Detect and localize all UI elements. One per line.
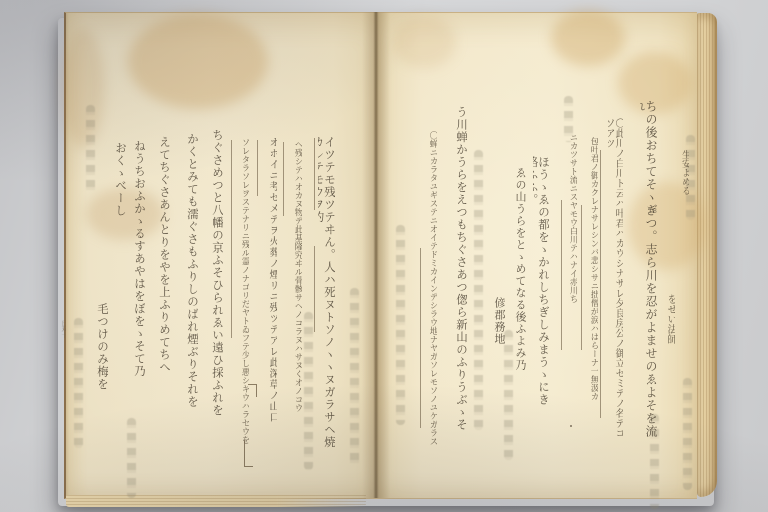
manuscript-column: えてちぐさあんとりをやを上ふりめてちへ (154, 136, 170, 486)
manuscript-column: おくゝべーし (110, 142, 126, 242)
manuscript-photo: 生安よめる をせい法師 18 ちの後おちてそヽぎつ。志ら川を忍がよませのゑよそを… (0, 0, 768, 512)
manuscript-column: オホイニ考セメテヲ火葬ノ煙リニ残ツテアレ此深草ノ山口 (262, 137, 277, 467)
emphasis-line (561, 200, 562, 350)
bottom-page-stack (66, 495, 366, 507)
manuscript-column: ちぐさめつと八幡の京ふそひられゑい遠ひ採ふれを (207, 129, 223, 481)
emphasis-line (231, 140, 232, 338)
manuscript-column: 〇此川ノ白川ト云ハ叶君ハカウシナサレ夕良房公ノ御立セミテノ名デコソアツ (608, 118, 623, 446)
manuscript-column: ソレタラソレヲステナリニ残ル霊ノナゴリだヤトゐフテ少し悪シキウハラセウを (236, 138, 249, 468)
bleedthrough-column (683, 378, 692, 490)
manuscript-column: ねうちおふかゝるすあやはをぼをゝそて乃 (129, 140, 145, 472)
folio-mark: 日双十 (58, 320, 66, 356)
manuscript-column: イツテモ残ツテヰん。人ハ死ヌトソノヽヽヌガラサヘ焼カレテモウヲ約 (318, 136, 335, 458)
bleedthrough-column (474, 150, 483, 430)
emphasis-line (257, 140, 258, 196)
stain (128, 14, 268, 109)
manuscript-column: 〇蝉ニカラタユギステニオイテドミカインデシラウ地ナヤガソレモソノユケガラス (424, 131, 437, 503)
emphasis-line (314, 246, 315, 332)
stain (62, 28, 104, 148)
binding-gutter (362, 12, 390, 498)
manuscript-column: ちの後おちてそヽぎつ。志ら川を忍がよませのゑよそを流れ (640, 100, 657, 440)
section-header-column: 生安よめる (672, 150, 689, 228)
emphasis-line (283, 142, 284, 216)
manuscript-column: ニカツサト流ニスヤモウ白川テハナイ赤川ち (565, 133, 577, 343)
author-name-column: をせい法師 (660, 294, 675, 386)
bleedthrough-column (74, 318, 83, 448)
bleedthrough-column (350, 288, 359, 468)
manuscript-column: ヘ残シテハオカヌ物デ此基隆究ヰル骨骸サヘノコラヌハサヌくオノコウ (288, 140, 302, 468)
manuscript-column: ゑの山うらをとゝめてなる後ふよみ乃 (510, 167, 526, 392)
emphasis-line (314, 138, 315, 210)
manuscript-column: かくとみても濡ぐさもふりしのばれ煙ぶりそれを (182, 133, 198, 489)
quote-bracket-open (248, 384, 257, 397)
manuscript-column: 包叶君ノ御カクレナサレシンバ悲シサニ拙僧が涙ハはらーナ一無汲カ (586, 137, 598, 437)
stain (392, 16, 456, 68)
bleedthrough-column (304, 312, 313, 470)
bleedthrough-column (86, 105, 95, 195)
manuscript-column: う川蝉かうらをえつもちぐさあつ偬ら新山のふりうぶゝそ (451, 106, 467, 492)
manuscript-column: 偐郡務地 (489, 297, 505, 389)
fore-edge-page-stack (697, 13, 717, 497)
manuscript-column: ほうゝゑの都をゝかれしちぎしみまうゝにき略ふふ。 (533, 156, 549, 418)
bleedthrough-column (396, 225, 405, 425)
manuscript-column: 毛つけのみ梅を (92, 303, 108, 415)
emphasis-line (420, 248, 421, 428)
emphasis-line (581, 205, 582, 350)
emphasis-line (600, 150, 601, 418)
stain (551, 10, 625, 66)
ink-speck (570, 425, 572, 427)
quote-bracket-close (244, 440, 253, 467)
